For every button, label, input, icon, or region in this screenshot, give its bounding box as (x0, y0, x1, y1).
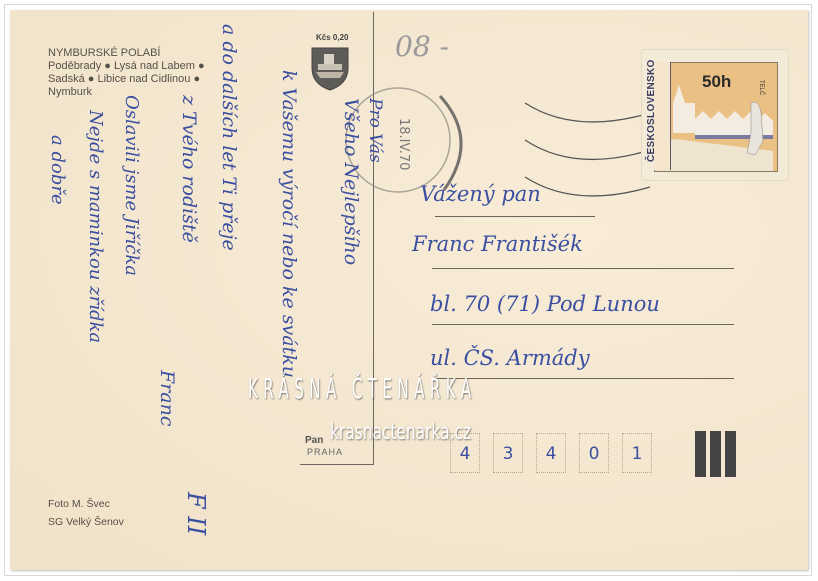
print-credit: SG Velký Šenov (48, 513, 124, 531)
photo-credits: Foto M. Švec SG Velký Šenov (48, 495, 124, 531)
message-line-3: Všeho Nejlepšího (340, 98, 362, 265)
address-line-rule-0 (435, 216, 595, 217)
caption-line-2: Sadská ● Libice nad Cidlinou ● (48, 73, 205, 86)
watermark-url: krasnactenarka.cz (330, 420, 471, 445)
printed-caption: NYMBURSKÉ POLABÍ Poděbrady ● Lysá nad La… (48, 47, 205, 99)
publisher-city: PRAHA (307, 447, 343, 457)
message-line-1: a do dalších let Ti přeje (218, 24, 240, 251)
address-line-rule-2 (432, 324, 734, 325)
address-salutation: Vážený pan (420, 182, 541, 206)
message-signature-f2: F II (182, 492, 210, 535)
postal-code-digit-3: 4 (536, 433, 566, 473)
stamp-town: TELČ (758, 80, 764, 95)
address-line-1: bl. 70 (71) Pod Lunou (430, 292, 660, 316)
stamp-value: 50h (702, 72, 731, 92)
publisher-box-line (300, 464, 374, 465)
address-line-rule-1 (432, 268, 734, 269)
pencil-note: 08 - (395, 30, 449, 63)
postcard: NYMBURSKÉ POLABÍ Poděbrady ● Lysá nad La… (10, 10, 808, 570)
message-line-8: a dobře (47, 135, 68, 205)
message-line-7: Nejde s maminkou zřídka (85, 110, 106, 343)
address-line-2: ul. ČS. Armády (430, 346, 590, 370)
postal-code-digit-5: 1 (622, 433, 652, 473)
sort-bar (725, 431, 736, 477)
watermark-title: KRÁSNÁ ČTENÁŘKA (248, 372, 477, 405)
message-line-4: z Tvého rodiště (178, 95, 200, 243)
message-signature-franc: Franc (156, 370, 178, 426)
photo-credit: Foto M. Švec (48, 495, 124, 513)
message-line-0: Pro Vás (365, 98, 385, 163)
caption-line-1: Poděbrady ● Lysá nad Labem ● (48, 60, 205, 73)
postage-stamp: ČESKOSLOVENSKO 50h TELČ (642, 50, 790, 182)
svg-text:18.IV.70: 18.IV.70 (396, 118, 411, 170)
stamp-country: ČESKOSLOVENSKO (646, 59, 657, 162)
emblem-price: Kčs 0,20 (316, 33, 348, 42)
address-name: Franc Františék (412, 232, 583, 256)
postal-code-digit-2: 3 (493, 433, 523, 473)
message-line-2: k Vašemu výročí nebo ke svátku (278, 70, 300, 378)
publisher-name: Pan (305, 435, 323, 446)
sort-bar (695, 431, 706, 477)
caption-title: NYMBURSKÉ POLABÍ (48, 47, 205, 60)
postal-code-digit-4: 0 (579, 433, 609, 473)
address-line-rule-3 (432, 378, 734, 379)
message-line-6: Oslavili jsme Jiříčka (121, 95, 142, 276)
sort-bar (710, 431, 721, 477)
